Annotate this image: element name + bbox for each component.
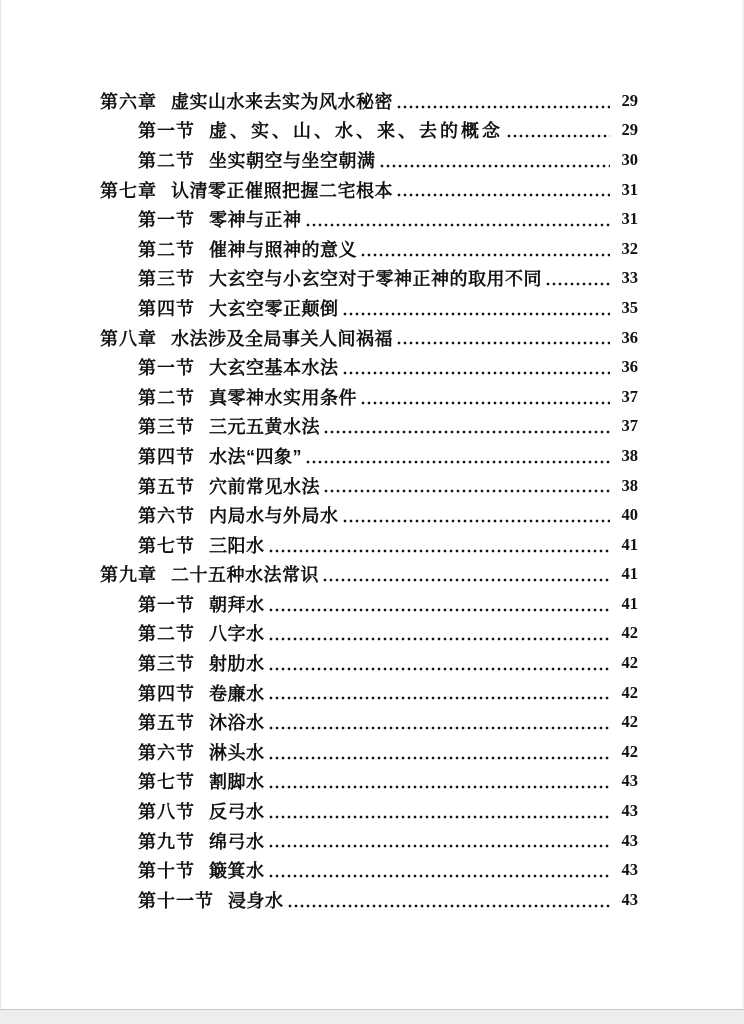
- toc-entry-label: 第七节: [138, 532, 195, 558]
- toc-entry: 第二节 坐实朝空与坐空朝满 30: [100, 145, 638, 175]
- toc-entry: 第三节 大玄空与小玄空对于零神正神的取用不同 33: [100, 264, 638, 294]
- page-bottom-edge: [0, 1009, 744, 1024]
- toc-entry-page: 33: [614, 268, 638, 288]
- dot-leader: [268, 589, 611, 619]
- toc-entry-title: 反弓水: [209, 798, 265, 824]
- toc-entry: 第十节 簸箕水 43: [100, 855, 638, 885]
- toc-entry-page: 29: [614, 120, 638, 140]
- toc-entry-label: 第八章: [100, 325, 157, 351]
- toc-entry: 第六节 内局水与外局水 40: [100, 500, 638, 530]
- toc-entry-title: 穴前常见水法: [209, 473, 320, 499]
- toc-entry: 第八章 水法涉及全局事关人间祸福 36: [100, 323, 638, 353]
- toc-entry-title: 坐实朝空与坐空朝满: [209, 147, 376, 173]
- toc-entry-label: 第二节: [138, 236, 195, 262]
- toc-entry-page: 36: [614, 357, 638, 377]
- toc-entry-label: 第五节: [138, 709, 195, 735]
- toc-entry: 第六节 淋头水 42: [100, 737, 638, 767]
- dot-leader: [323, 412, 610, 442]
- toc-entry: 第一节 零神与正神 31: [100, 204, 638, 234]
- toc-entry-label: 第六节: [138, 739, 195, 765]
- dot-leader: [305, 441, 610, 471]
- toc-entry-title: 零神与正神: [209, 206, 302, 232]
- toc-entry-page: 29: [614, 91, 638, 111]
- toc-entry-title: 朝拜水: [209, 591, 265, 617]
- toc-entry-title: 大玄空零正颠倒: [209, 295, 339, 321]
- dot-leader: [379, 145, 611, 175]
- toc-entry-page: 37: [614, 387, 638, 407]
- toc-entry-page: 43: [614, 831, 638, 851]
- toc-entry: 第二节 八字水 42: [100, 619, 638, 649]
- dot-leader: [268, 855, 611, 885]
- toc-entry-page: 37: [614, 416, 638, 436]
- toc-entry: 第三节 三元五黄水法 37: [100, 412, 638, 442]
- toc-entry-label: 第三节: [138, 413, 195, 439]
- toc-entry-label: 第十一节: [138, 887, 214, 913]
- toc-entry-page: 43: [614, 801, 638, 821]
- toc-entry: 第四节 大玄空零正颠倒 35: [100, 293, 638, 323]
- toc-entry-label: 第四节: [138, 680, 195, 706]
- toc-entry-page: 38: [614, 446, 638, 466]
- toc-entry-page: 40: [614, 505, 638, 525]
- toc-entry-title: 卷廉水: [209, 680, 265, 706]
- toc-entry-title: 割脚水: [209, 768, 265, 794]
- toc-entry: 第三节 射肋水 42: [100, 648, 638, 678]
- toc-entry: 第二节 真零神水实用条件 37: [100, 382, 638, 412]
- toc-entry: 第二节 催神与照神的意义 32: [100, 234, 638, 264]
- toc-entry-page: 42: [614, 683, 638, 703]
- toc-entry: 第九节 绵弓水 43: [100, 826, 638, 856]
- toc-entry: 第九章 二十五种水法常识 41: [100, 560, 638, 590]
- toc-entry-label: 第七节: [138, 768, 195, 794]
- toc-entry: 第十一节 浸身水 43: [100, 885, 638, 915]
- dot-leader: [268, 767, 611, 797]
- toc-entry-title: 真零神水实用条件: [209, 384, 357, 410]
- toc-entry: 第五节 穴前常见水法 38: [100, 471, 638, 501]
- toc-entry-title: 浸身水: [228, 887, 284, 913]
- toc-entry-title: 二十五种水法常识: [171, 561, 319, 587]
- toc-entry-title: 三元五黄水法: [209, 413, 320, 439]
- toc-entry: 第七章 认清零正催照把握二宅根本 31: [100, 175, 638, 205]
- toc-entry-title: 簸箕水: [209, 857, 265, 883]
- toc-entry: 第五节 沐浴水 42: [100, 707, 638, 737]
- toc-entry-page: 35: [614, 298, 638, 318]
- toc-entry-label: 第四节: [138, 443, 195, 469]
- toc-entry-label: 第一节: [138, 117, 195, 143]
- page-left-edge: [0, 0, 2, 1024]
- toc-entry-title: 绵弓水: [209, 828, 265, 854]
- toc-entry-label: 第九章: [100, 561, 157, 587]
- toc-entry: 第一节 虚、实、山、水、来、去的概念 29: [100, 116, 638, 146]
- toc-entry: 第一节 大玄空基本水法 36: [100, 352, 638, 382]
- dot-leader: [396, 323, 610, 353]
- dot-leader: [396, 175, 610, 205]
- toc-entry-title: 大玄空基本水法: [209, 354, 339, 380]
- toc-entry-page: 38: [614, 476, 638, 496]
- toc-entry: 第四节 水法“四象” 38: [100, 441, 638, 471]
- toc-entry: 第四节 卷廉水 42: [100, 678, 638, 708]
- toc-entry-label: 第二节: [138, 620, 195, 646]
- dot-leader: [342, 352, 611, 382]
- toc-entry-page: 36: [614, 328, 638, 348]
- toc-entry-page: 30: [614, 150, 638, 170]
- toc-entry: 第七节 割脚水 43: [100, 767, 638, 797]
- toc-entry-title: 虚、实、山、水、来、去的概念: [209, 117, 503, 143]
- toc-entry-label: 第五节: [138, 473, 195, 499]
- toc-entry-label: 第九节: [138, 828, 195, 854]
- toc-entry-page: 41: [614, 594, 638, 614]
- dot-leader: [360, 234, 610, 264]
- toc-entry-title: 射肋水: [209, 650, 265, 676]
- toc-entry-label: 第二节: [138, 147, 195, 173]
- toc-entry-title: 沐浴水: [209, 709, 265, 735]
- dot-leader: [268, 737, 611, 767]
- toc-entry-title: 认清零正催照把握二宅根本: [171, 177, 393, 203]
- toc-entry: 第八节 反弓水 43: [100, 796, 638, 826]
- toc-entry-label: 第三节: [138, 650, 195, 676]
- toc-entry-label: 第二节: [138, 384, 195, 410]
- toc-entry-page: 42: [614, 712, 638, 732]
- dot-leader: [360, 382, 610, 412]
- dot-leader: [342, 500, 611, 530]
- toc-entry-page: 43: [614, 771, 638, 791]
- toc-entry-title: 虚实山水来去实为风水秘密: [171, 88, 393, 114]
- dot-leader: [545, 264, 610, 294]
- toc-entry-title: 内局水与外局水: [209, 502, 339, 528]
- toc-entry-page: 41: [614, 564, 638, 584]
- toc-entry-page: 42: [614, 623, 638, 643]
- toc-entry-label: 第八节: [138, 798, 195, 824]
- table-of-contents: 第六章 虚实山水来去实为风水秘密 29 第一节 虚、实、山、水、来、去的概念 2…: [100, 86, 638, 915]
- toc-entry: 第一节 朝拜水 41: [100, 589, 638, 619]
- toc-entry-title: 八字水: [209, 620, 265, 646]
- dot-leader: [305, 204, 611, 234]
- toc-entry-label: 第四节: [138, 295, 195, 321]
- toc-entry-title: 三阳水: [209, 532, 265, 558]
- dot-leader: [268, 826, 611, 856]
- toc-entry-page: 42: [614, 653, 638, 673]
- toc-entry-page: 31: [614, 209, 638, 229]
- toc-entry-label: 第一节: [138, 591, 195, 617]
- toc-entry-page: 31: [614, 180, 638, 200]
- dot-leader: [342, 293, 611, 323]
- toc-entry-title: 水法涉及全局事关人间祸福: [171, 325, 393, 351]
- toc-entry-page: 32: [614, 239, 638, 259]
- toc-entry-label: 第七章: [100, 177, 157, 203]
- toc-entry-page: 43: [614, 860, 638, 880]
- dot-leader: [506, 116, 610, 146]
- toc-entry-label: 第六章: [100, 88, 157, 114]
- toc-entry-page: 43: [614, 890, 638, 910]
- toc-entry-page: 41: [614, 535, 638, 555]
- dot-leader: [268, 619, 611, 649]
- toc-entry-label: 第一节: [138, 206, 195, 232]
- toc-entry: 第七节 三阳水 41: [100, 530, 638, 560]
- dot-leader: [268, 678, 611, 708]
- toc-entry-label: 第三节: [138, 265, 195, 291]
- toc-entry-label: 第十节: [138, 857, 195, 883]
- dot-leader: [396, 86, 610, 116]
- toc-entry: 第六章 虚实山水来去实为风水秘密 29: [100, 86, 638, 116]
- toc-entry-page: 42: [614, 742, 638, 762]
- dot-leader: [268, 796, 611, 826]
- toc-entry-title: 淋头水: [209, 739, 265, 765]
- dot-leader: [268, 530, 611, 560]
- toc-entry-label: 第一节: [138, 354, 195, 380]
- toc-entry-label: 第六节: [138, 502, 195, 528]
- dot-leader: [287, 885, 611, 915]
- dot-leader: [268, 707, 611, 737]
- dot-leader: [322, 560, 610, 590]
- toc-entry-title: 催神与照神的意义: [209, 236, 357, 262]
- dot-leader: [268, 648, 611, 678]
- toc-entry-title: 水法“四象”: [209, 443, 302, 469]
- dot-leader: [323, 471, 610, 501]
- toc-entry-title: 大玄空与小玄空对于零神正神的取用不同: [209, 265, 542, 291]
